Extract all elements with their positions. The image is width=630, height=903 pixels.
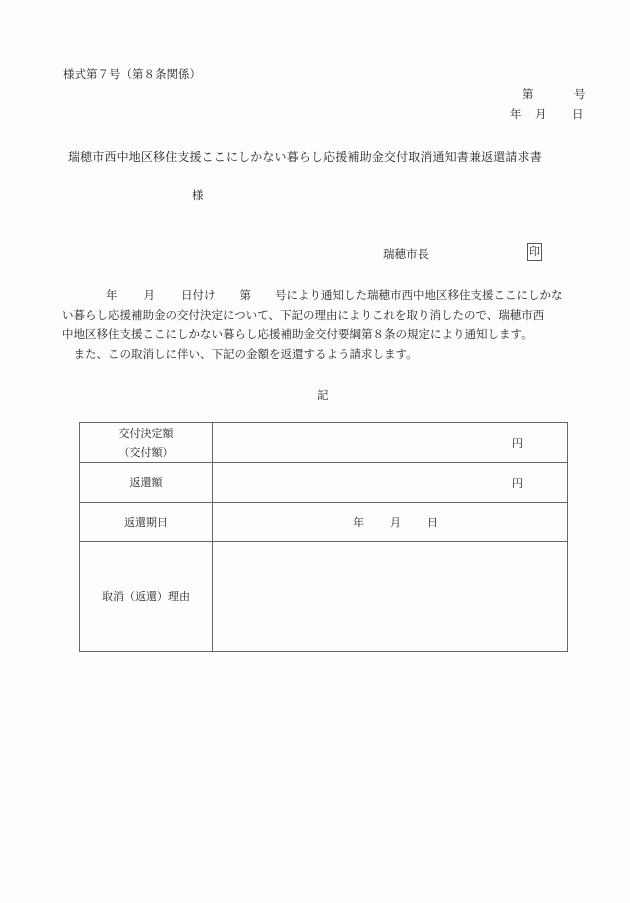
table-row-grant-amount: 交付決定額 （交付額） 円: [80, 423, 568, 463]
cancellation-reason-field[interactable]: [213, 542, 568, 652]
label-cancellation-reason: 取消（返還）理由: [80, 542, 213, 652]
label-refund-deadline: 返還期日: [80, 503, 213, 542]
label-refund-amount: 返還額: [80, 463, 213, 503]
body-line-2: い暮らし応援補助金の交付決定について、下記の理由によりこれを取り消したので、瑞穂…: [62, 306, 592, 326]
addressee-honorific: 様: [192, 187, 204, 203]
details-table: 交付決定額 （交付額） 円 返還額 円 返還期日 年月日 取消（返還）理由: [79, 422, 568, 652]
issue-date-year: 年: [510, 106, 522, 122]
refund-deadline-field[interactable]: 年月日: [213, 503, 568, 542]
body-number-prefix: 第: [240, 288, 252, 302]
document-title: 瑞穂市西中地区移住支援ここにしかない暮らし応援補助金交付取消通知書兼返還請求書: [68, 148, 542, 165]
note-heading: 記: [317, 387, 329, 403]
body-year: 年: [106, 288, 118, 302]
grant-amount-field[interactable]: 円: [213, 423, 568, 463]
deadline-year: 年: [353, 514, 364, 530]
refund-deadline-date: 年月日: [353, 514, 438, 530]
table-row-cancellation-reason: 取消（返還）理由: [80, 542, 568, 652]
body-day: 日付け: [181, 288, 216, 302]
reference-number-prefix: 第: [522, 86, 534, 102]
table-row-refund-amount: 返還額 円: [80, 463, 568, 503]
refund-amount-unit: 円: [512, 475, 523, 491]
body-line-3: 中地区移住支援ここにしかない暮らし応援補助金交付要綱第８条の規定により通知します…: [62, 325, 592, 345]
label-grant-amount-line1: 交付決定額: [80, 424, 212, 443]
label-grant-amount-line2: （交付額）: [80, 443, 212, 462]
deadline-month: 月: [390, 514, 401, 530]
body-line-1-rest: 号により通知した瑞穂市西中地区移住支援ここにしかな: [275, 288, 563, 302]
issuer-name: 瑞穂市長: [383, 246, 429, 262]
notice-body: 年月日付け第号により通知した瑞穂市西中地区移住支援ここにしかな い暮らし応援補助…: [62, 286, 592, 364]
body-line-1: 年月日付け第号により通知した瑞穂市西中地区移住支援ここにしかな: [62, 286, 592, 306]
deadline-day: 日: [427, 514, 438, 530]
grant-amount-unit: 円: [512, 435, 523, 451]
issue-date-day: 日: [572, 106, 584, 122]
form-number-label: 様式第７号（第８条関係）: [63, 66, 201, 82]
label-grant-amount: 交付決定額 （交付額）: [80, 423, 213, 463]
body-line-4: また、この取消しに伴い、下記の金額を返還するよう請求します。: [62, 345, 592, 365]
table-row-refund-deadline: 返還期日 年月日: [80, 503, 568, 542]
body-month: 月: [144, 288, 156, 302]
issue-date-month: 月: [535, 106, 547, 122]
reference-number-suffix: 号: [574, 86, 586, 102]
refund-amount-field[interactable]: 円: [213, 463, 568, 503]
seal-mark: 印: [527, 243, 542, 261]
